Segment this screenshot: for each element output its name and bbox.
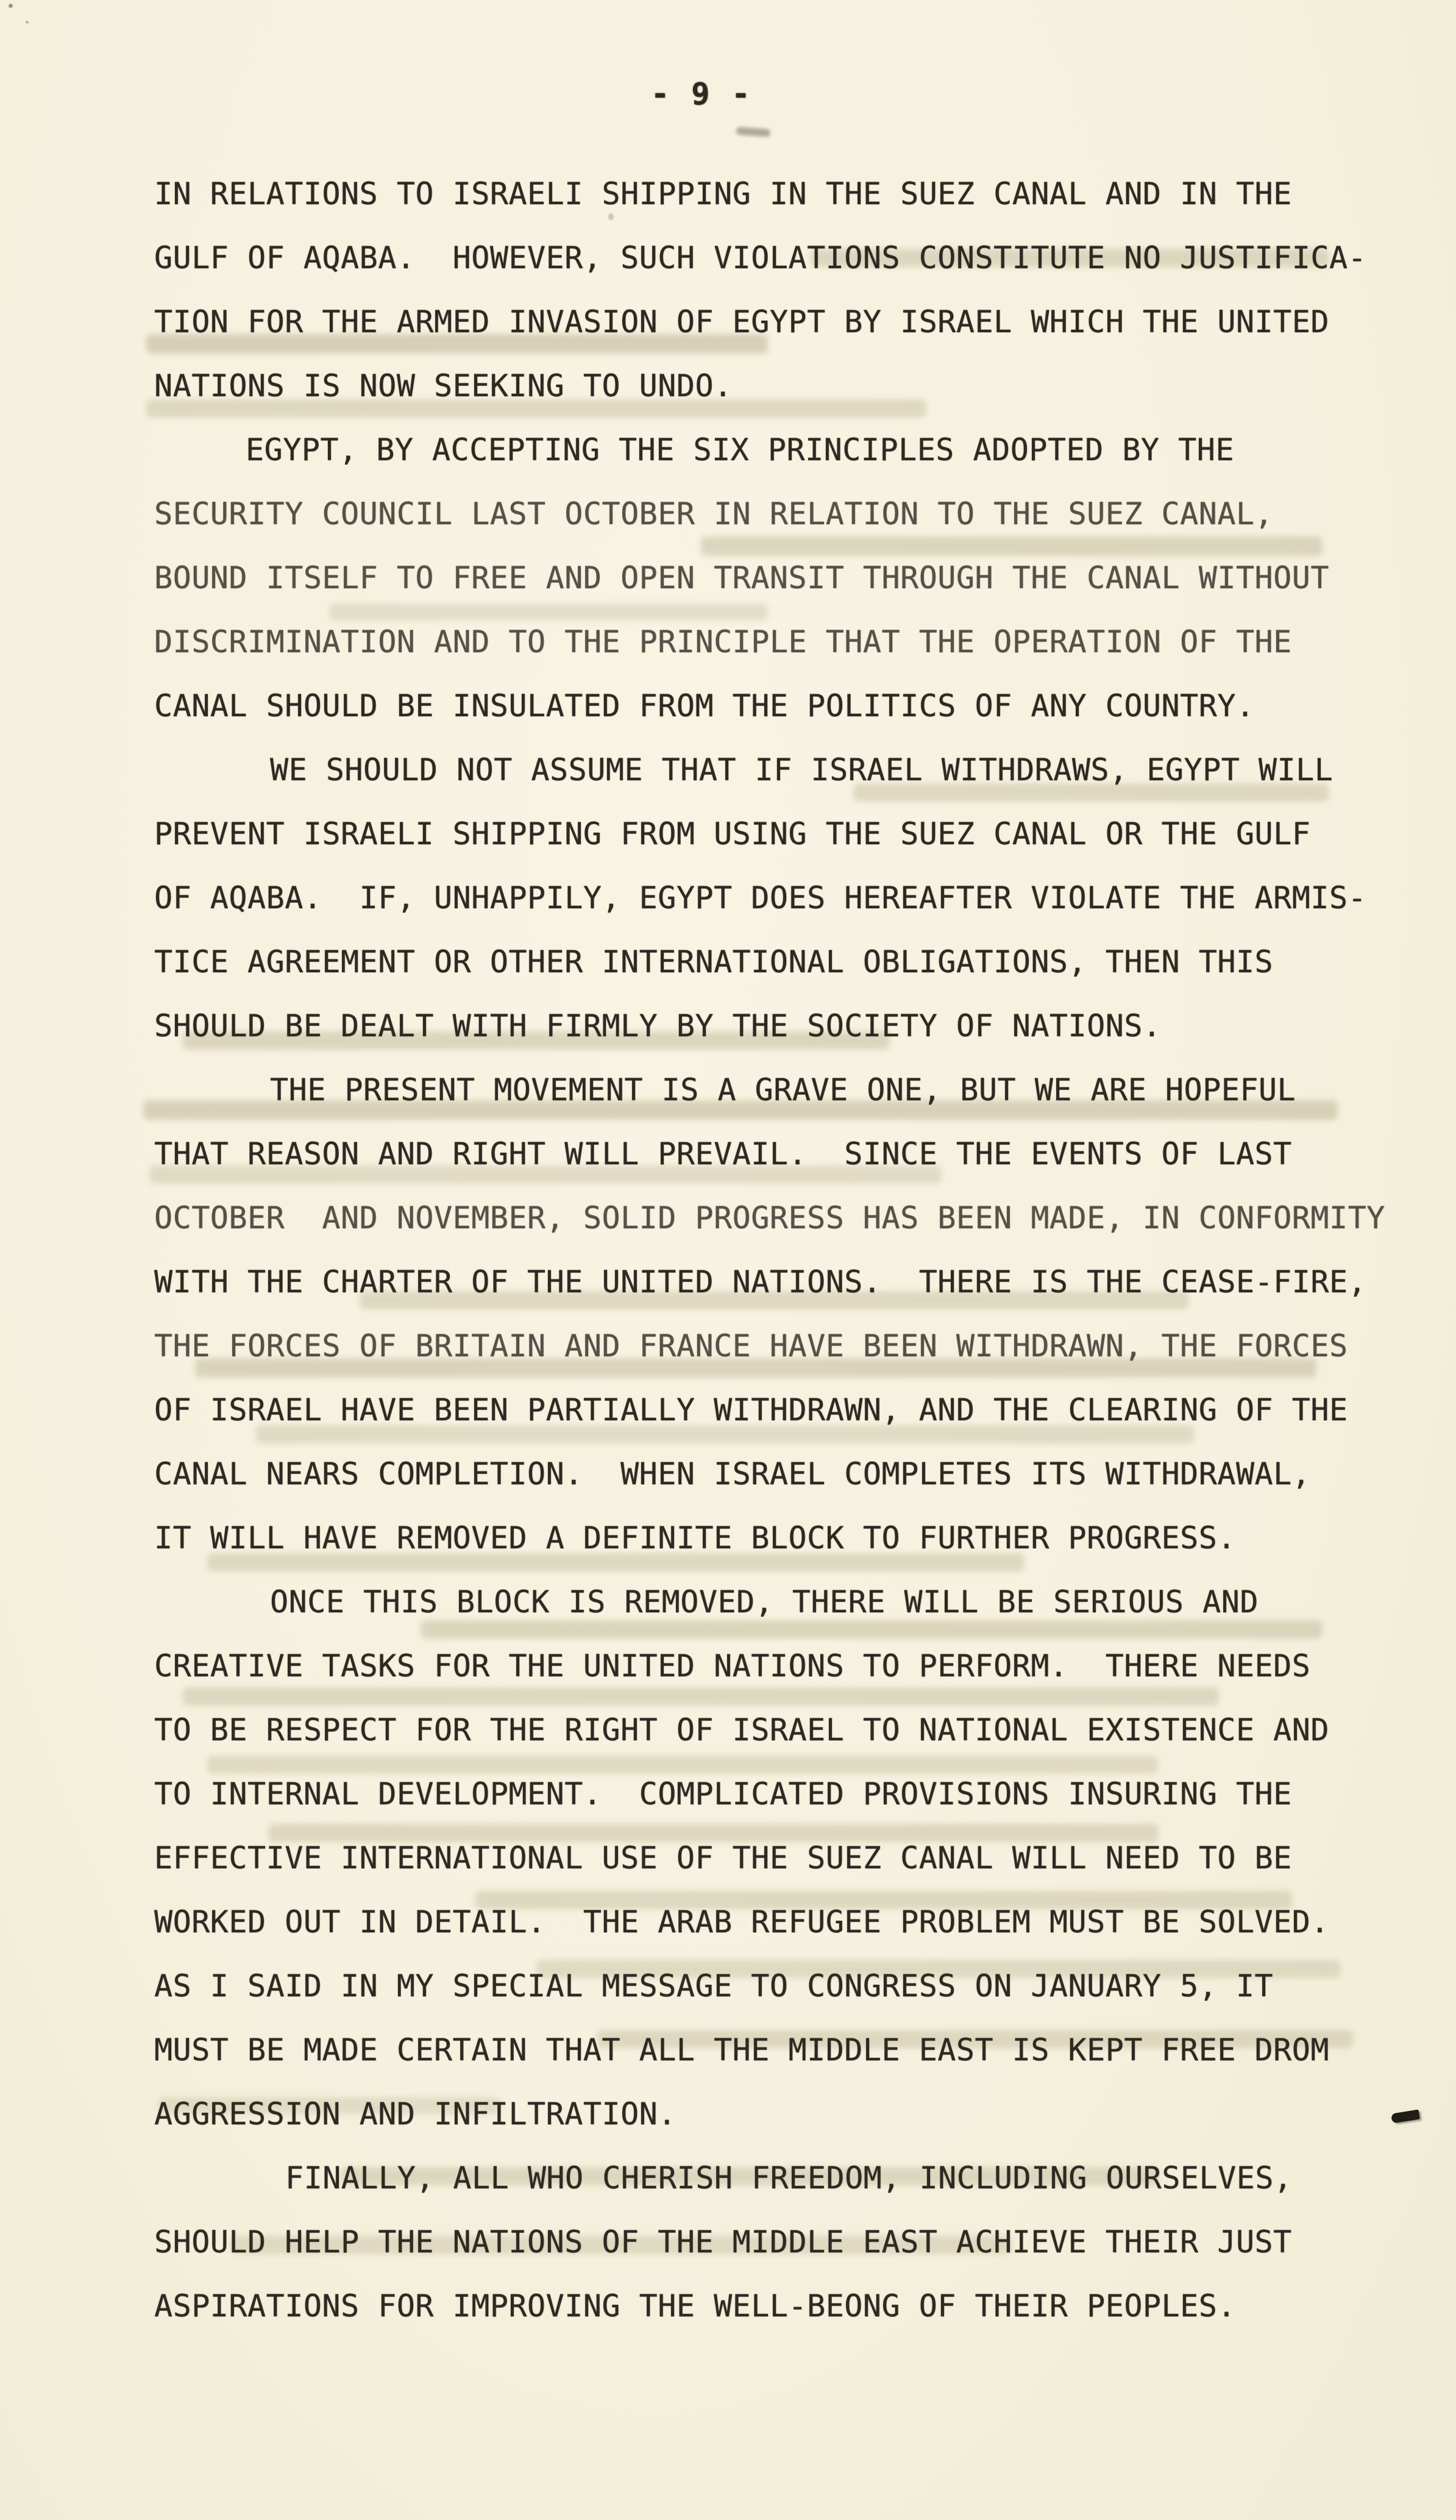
typed-line: WORKED OUT IN DETAIL. THE ARAB REFUGEE P… xyxy=(154,1890,1397,1954)
typed-line: CANAL NEARS COMPLETION. WHEN ISRAEL COMP… xyxy=(154,1442,1397,1506)
typed-line: WE SHOULD NOT ASSUME THAT IF ISRAEL WITH… xyxy=(154,738,1397,802)
typed-line: TICE AGREEMENT OR OTHER INTERNATIONAL OB… xyxy=(154,930,1397,994)
typed-line: FINALLY, ALL WHO CHERISH FREEDOM, INCLUD… xyxy=(154,2146,1397,2210)
typed-line: THE FORCES OF BRITAIN AND FRANCE HAVE BE… xyxy=(154,1314,1397,1378)
typed-line: SECURITY COUNCIL LAST OCTOBER IN RELATIO… xyxy=(154,482,1397,546)
typed-line: BOUND ITSELF TO FREE AND OPEN TRANSIT TH… xyxy=(154,546,1397,610)
typed-line: ONCE THIS BLOCK IS REMOVED, THERE WILL B… xyxy=(154,1570,1397,1634)
typed-line: SHOULD HELP THE NATIONS OF THE MIDDLE EA… xyxy=(154,2210,1397,2274)
typed-line: CANAL SHOULD BE INSULATED FROM THE POLIT… xyxy=(154,674,1397,738)
typed-line: OF AQABA. IF, UNHAPPILY, EGYPT DOES HERE… xyxy=(154,866,1397,930)
typed-line: TION FOR THE ARMED INVASION OF EGYPT BY … xyxy=(154,290,1397,354)
smudge-mark xyxy=(736,127,771,137)
typed-line: GULF OF AQABA. HOWEVER, SUCH VIOLATIONS … xyxy=(154,226,1397,290)
document-body: IN RELATIONS TO ISRAELI SHIPPING IN THE … xyxy=(154,162,1397,2338)
typed-line: OF ISRAEL HAVE BEEN PARTIALLY WITHDRAWN,… xyxy=(154,1378,1397,1442)
typed-line: TO INTERNAL DEVELOPMENT. COMPLICATED PRO… xyxy=(154,1762,1397,1826)
typed-line: NATIONS IS NOW SEEKING TO UNDO. xyxy=(154,354,1397,418)
typed-line: DISCRIMINATION AND TO THE PRINCIPLE THAT… xyxy=(154,610,1397,674)
typed-line: SHOULD BE DEALT WITH FIRMLY BY THE SOCIE… xyxy=(154,994,1397,1058)
typed-line: AS I SAID IN MY SPECIAL MESSAGE TO CONGR… xyxy=(154,1954,1397,2018)
typed-line: EFFECTIVE INTERNATIONAL USE OF THE SUEZ … xyxy=(154,1826,1397,1890)
typed-line: MUST BE MADE CERTAIN THAT ALL THE MIDDLE… xyxy=(154,2018,1397,2082)
typed-line: TO BE RESPECT FOR THE RIGHT OF ISRAEL TO… xyxy=(154,1698,1397,1762)
typed-line: WITH THE CHARTER OF THE UNITED NATIONS. … xyxy=(154,1250,1397,1314)
typed-line: ASPIRATIONS FOR IMPROVING THE WELL-BEONG… xyxy=(154,2274,1397,2338)
typed-line: EGYPT, BY ACCEPTING THE SIX PRINCIPLES A… xyxy=(154,418,1397,482)
paper-speck xyxy=(26,21,29,24)
typed-line: CREATIVE TASKS FOR THE UNITED NATIONS TO… xyxy=(154,1634,1397,1698)
typed-line: AGGRESSION AND INFILTRATION. xyxy=(154,2082,1397,2146)
page-number: - 9 - xyxy=(651,77,752,111)
paper-speck xyxy=(9,4,13,8)
typed-line: IN RELATIONS TO ISRAELI SHIPPING IN THE … xyxy=(154,162,1397,226)
typed-line: PREVENT ISRAELI SHIPPING FROM USING THE … xyxy=(154,802,1397,866)
typed-line: OCTOBER AND NOVEMBER, SOLID PROGRESS HAS… xyxy=(154,1186,1397,1250)
typed-line: IT WILL HAVE REMOVED A DEFINITE BLOCK TO… xyxy=(154,1506,1397,1570)
typed-line: THAT REASON AND RIGHT WILL PREVAIL. SINC… xyxy=(154,1122,1397,1186)
typewritten-page: - 9 - IN RELATIONS TO ISRAELI SHIPPING I… xyxy=(0,0,1456,2520)
typed-line: THE PRESENT MOVEMENT IS A GRAVE ONE, BUT… xyxy=(154,1058,1397,1122)
